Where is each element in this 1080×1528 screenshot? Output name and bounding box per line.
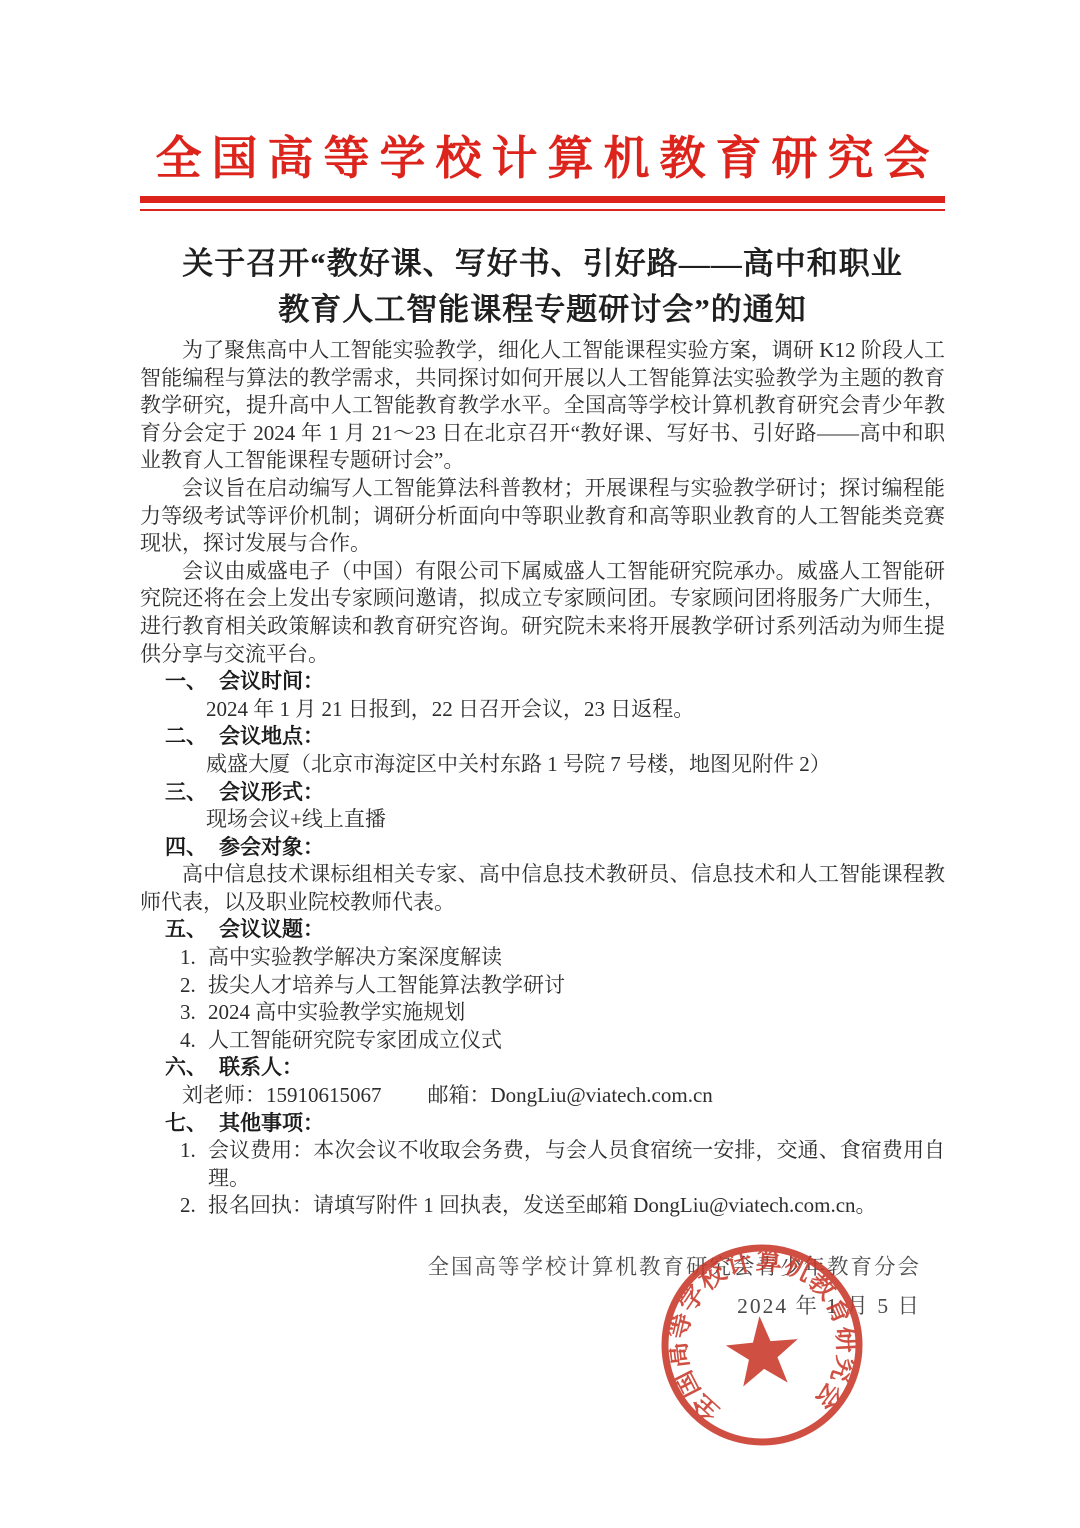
section-body-location: 威盛大厦（北京市海淀区中关村东路 1 号院 7 号楼，地图见附件 2） — [140, 751, 945, 779]
section-title: 会议议题： — [219, 917, 324, 941]
section-heading-contact: 六、联系人： — [140, 1054, 945, 1082]
letterhead-rule-thin — [140, 209, 945, 211]
notes-item-text: 报名回执：请填写附件 1 回执表，发送至邮箱 DongLiu@viatech.c… — [208, 1192, 945, 1220]
notes-item-number: 1. — [180, 1137, 208, 1192]
section-number: 七、 — [165, 1111, 207, 1135]
section-number: 一、 — [165, 669, 207, 693]
section-title: 会议时间： — [219, 669, 324, 693]
section-number: 四、 — [165, 835, 207, 859]
organizer-paragraph: 会议由威盛电子（中国）有限公司下属威盛人工智能研究院承办。威盛人工智能研究院还将… — [140, 558, 945, 668]
document-body: 为了聚焦高中人工智能实验教学，细化人工智能课程实验方案，调研 K12 阶段人工智… — [140, 337, 945, 1220]
section-heading-notes: 七、其他事项： — [140, 1110, 945, 1138]
agenda-item: 3. 2024 高中实验教学实施规划 — [140, 999, 945, 1027]
agenda-item-text: 2024 高中实验教学实施规划 — [208, 999, 945, 1027]
notice-document-page: 全国高等学校计算机教育研究会 关于召开“教好课、写好书、引好路——高中和职业 教… — [0, 0, 1080, 1528]
letterhead-org-name: 全国高等学校计算机教育研究会 — [140, 0, 945, 194]
section-heading-location: 二、会议地点： — [140, 723, 945, 751]
agenda-item-number: 3. — [180, 999, 208, 1027]
agenda-list: 1. 高中实验教学解决方案深度解读 2. 拔尖人才培养与人工智能算法教学研讨 3… — [140, 944, 945, 1054]
document-content: 全国高等学校计算机教育研究会 关于召开“教好课、写好书、引好路——高中和职业 教… — [0, 0, 1080, 1326]
agenda-item-number: 2. — [180, 972, 208, 1000]
intro-paragraph: 为了聚焦高中人工智能实验教学，细化人工智能课程实验方案，调研 K12 阶段人工智… — [140, 337, 945, 475]
contact-phone: 刘老师：15910615067 — [182, 1083, 382, 1107]
document-title-line2: 教育人工智能课程专题研讨会”的通知 — [140, 287, 945, 333]
document-title: 关于召开“教好课、写好书、引好路——高中和职业 教育人工智能课程专题研讨会”的通… — [140, 241, 945, 333]
agenda-item: 2. 拔尖人才培养与人工智能算法教学研讨 — [140, 972, 945, 1000]
agenda-item-number: 4. — [180, 1027, 208, 1055]
section-heading-format: 三、会议形式： — [140, 779, 945, 807]
signature-block: 全国高等学校计算机教育研究会青少年教育分会 2024 年 1 月 5 日 — [140, 1248, 945, 1326]
section-heading-agenda: 五、会议议题： — [140, 916, 945, 944]
notes-item: 2. 报名回执：请填写附件 1 回执表，发送至邮箱 DongLiu@viatec… — [140, 1192, 945, 1220]
section-number: 三、 — [165, 780, 207, 804]
notes-item-number: 2. — [180, 1192, 208, 1220]
agenda-item-text: 高中实验教学解决方案深度解读 — [208, 944, 945, 972]
section-number: 五、 — [165, 917, 207, 941]
agenda-item: 4. 人工智能研究院专家团成立仪式 — [140, 1027, 945, 1055]
notes-list: 1. 会议费用：本次会议不收取会务费，与会人员食宿统一安排，交通、食宿费用自理。… — [140, 1137, 945, 1220]
notes-item-text: 会议费用：本次会议不收取会务费，与会人员食宿统一安排，交通、食宿费用自理。 — [208, 1137, 945, 1192]
section-heading-attendees: 四、参会对象： — [140, 834, 945, 862]
section-heading-time: 一、会议时间： — [140, 668, 945, 696]
contact-info-line: 刘老师：15910615067邮箱：DongLiu@viatech.com.cn — [140, 1082, 945, 1110]
signature-org: 全国高等学校计算机教育研究会青少年教育分会 — [140, 1248, 921, 1287]
notes-item: 1. 会议费用：本次会议不收取会务费，与会人员食宿统一安排，交通、食宿费用自理。 — [140, 1137, 945, 1192]
agenda-item-text: 人工智能研究院专家团成立仪式 — [208, 1027, 945, 1055]
contact-email: 邮箱：DongLiu@viatech.com.cn — [428, 1083, 713, 1107]
section-title: 会议地点： — [219, 724, 324, 748]
section-title: 其他事项： — [219, 1111, 324, 1135]
section-title: 会议形式： — [219, 780, 324, 804]
purpose-paragraph: 会议旨在启动编写人工智能算法科普教材；开展课程与实验教学研讨；探讨编程能力等级考… — [140, 475, 945, 558]
section-title: 参会对象： — [219, 835, 324, 859]
document-title-line1: 关于召开“教好课、写好书、引好路——高中和职业 — [140, 241, 945, 287]
section-number: 二、 — [165, 724, 207, 748]
section-body-attendees: 高中信息技术课标组相关专家、高中信息技术教研员、信息技术和人工智能课程教师代表，… — [140, 861, 945, 916]
section-title: 联系人： — [219, 1055, 303, 1079]
signature-date: 2024 年 1 月 5 日 — [140, 1287, 921, 1326]
section-body-format: 现场会议+线上直播 — [140, 806, 945, 834]
agenda-item-text: 拔尖人才培养与人工智能算法教学研讨 — [208, 972, 945, 1000]
letterhead-rule-thick — [140, 196, 945, 203]
section-number: 六、 — [165, 1055, 207, 1079]
section-body-time: 2024 年 1 月 21 日报到，22 日召开会议，23 日返程。 — [140, 696, 945, 724]
agenda-item-number: 1. — [180, 944, 208, 972]
agenda-item: 1. 高中实验教学解决方案深度解读 — [140, 944, 945, 972]
